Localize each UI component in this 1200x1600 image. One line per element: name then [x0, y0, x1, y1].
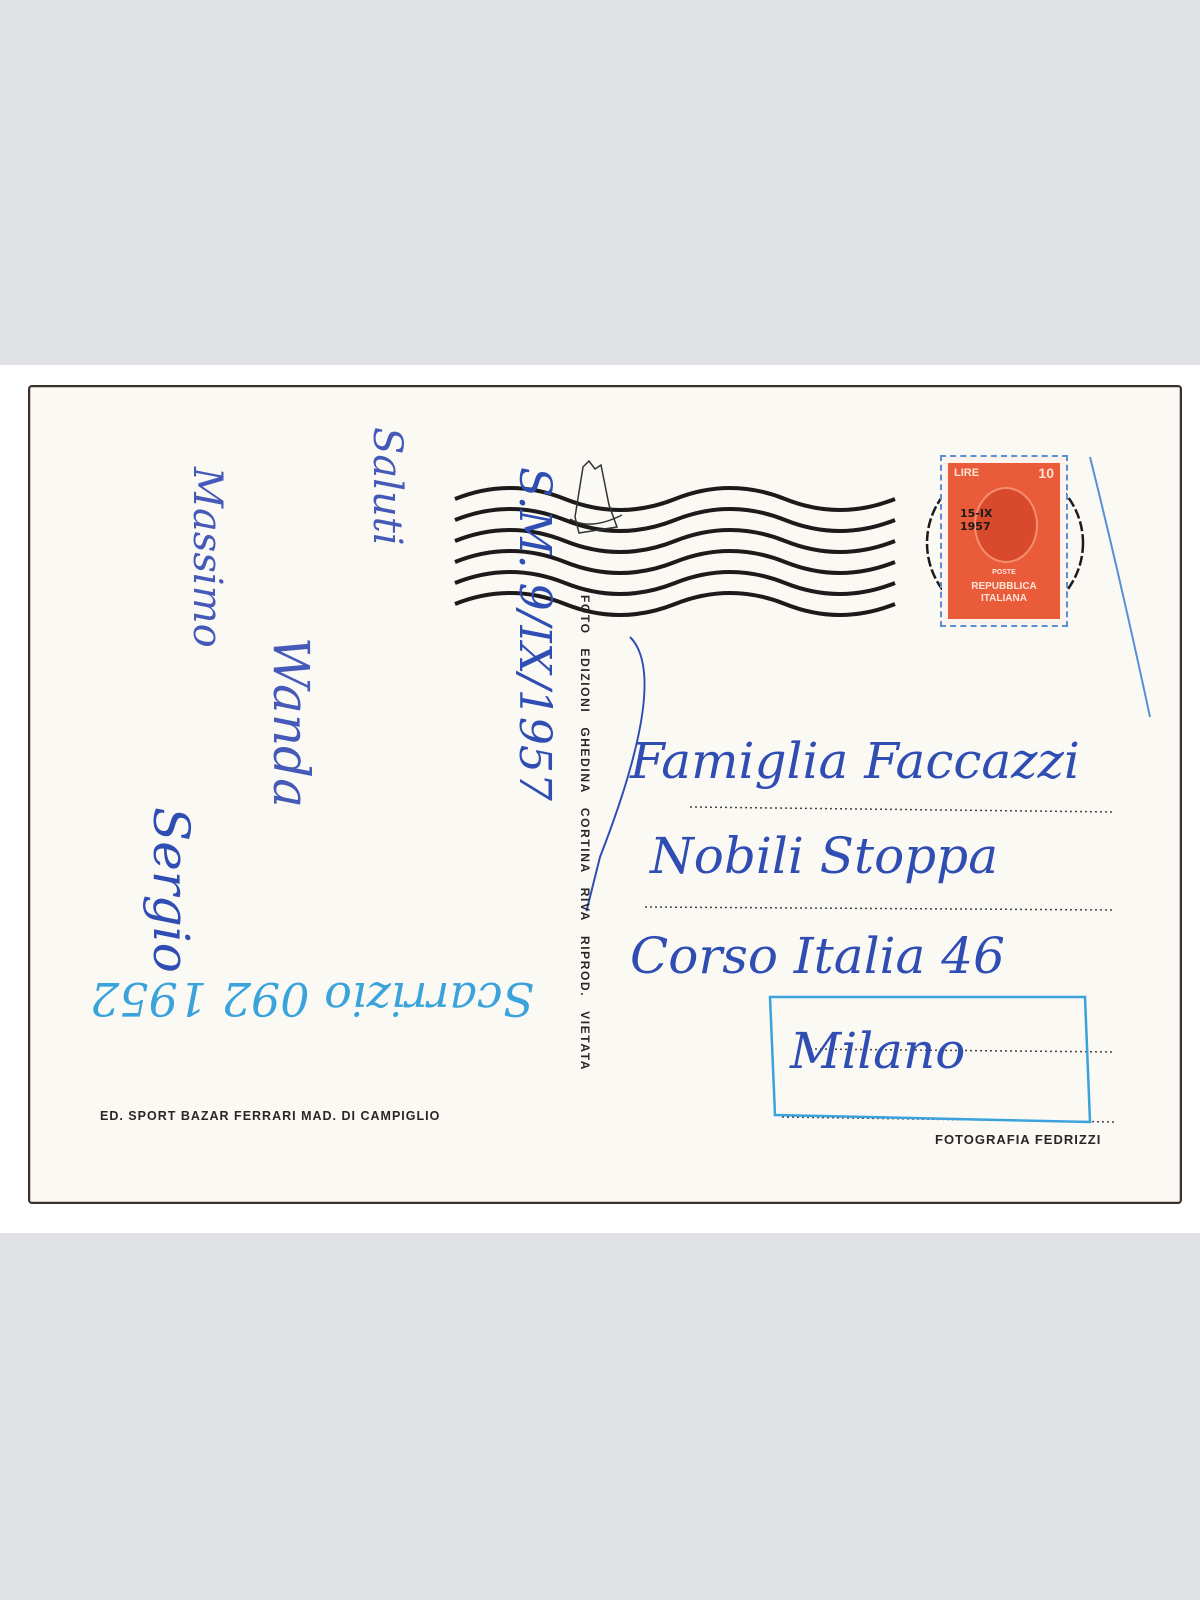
signature-3: Sergio [142, 807, 200, 973]
stamp-currency: LIRE [954, 467, 979, 479]
stamp-poste: POSTE [948, 569, 1060, 576]
credit-word: RIVA [578, 888, 592, 922]
publisher-imprint: ED. SPORT BAZAR FERRARI MAD. DI CAMPIGLI… [100, 1109, 440, 1123]
annotation: Scarrizio 092 1952 [90, 972, 534, 1026]
address-line-4: Milano [790, 1022, 965, 1080]
credit-word: RIPROD. [578, 936, 592, 997]
signature-1: Massimo [184, 467, 230, 648]
credit-word: EDIZIONI [578, 649, 592, 714]
credit-word: FOTO [578, 595, 592, 635]
mountain-emblem-icon [570, 461, 622, 533]
stamp-country: REPUBBLICAITALIANA [948, 581, 1060, 605]
signature-2: Wanda [262, 637, 320, 808]
postage-stamp: LIRE 10 POSTE REPUBBLICAITALIANA [942, 457, 1066, 625]
address-line-1: Famiglia Faccazzi [630, 732, 1080, 790]
credit-word: VIETATA [578, 1011, 592, 1071]
credit-word: GHEDINA [578, 727, 592, 794]
postcard: ED. SPORT BAZAR FERRARI MAD. DI CAMPIGLI… [28, 385, 1182, 1204]
photographer-credit: FOTOGRAFIA FEDRIZZI [935, 1132, 1101, 1147]
postmark-date: 15-IX1957 [960, 507, 992, 533]
address-line-3: Corso Italia 46 [630, 927, 1005, 985]
stamp-value: 10 [1038, 465, 1054, 481]
credit-word: CORTINA [578, 808, 592, 874]
message-date: S.M. 9/IX/1957 [509, 467, 560, 801]
vertical-credit: FOTOEDIZIONIGHEDINACORTINARIVARIPROD.VIE… [578, 595, 592, 1085]
address-line-2: Nobili Stoppa [650, 827, 998, 885]
greeting: Saluti [364, 427, 410, 546]
